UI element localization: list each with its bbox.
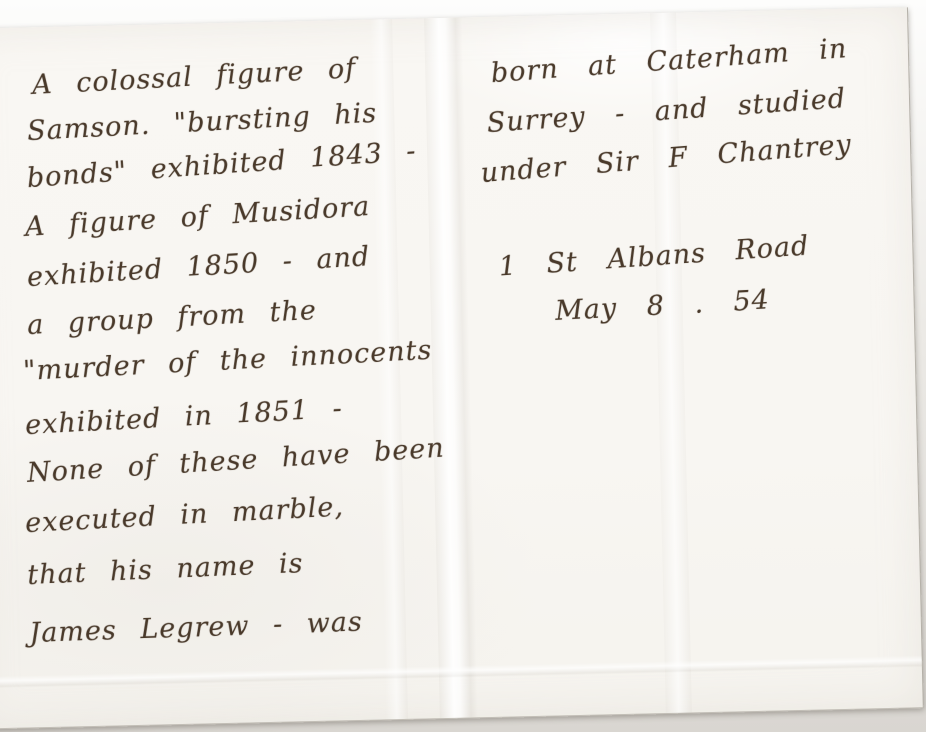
- scanned-letter: A colossal figure of Samson. "bursting h…: [0, 0, 926, 732]
- fold-crease-vertical-right: [650, 13, 692, 713]
- letter-paper: [0, 7, 924, 729]
- fold-crease-vertical-center: [424, 17, 478, 718]
- fold-crease-vertical-left: [370, 19, 408, 719]
